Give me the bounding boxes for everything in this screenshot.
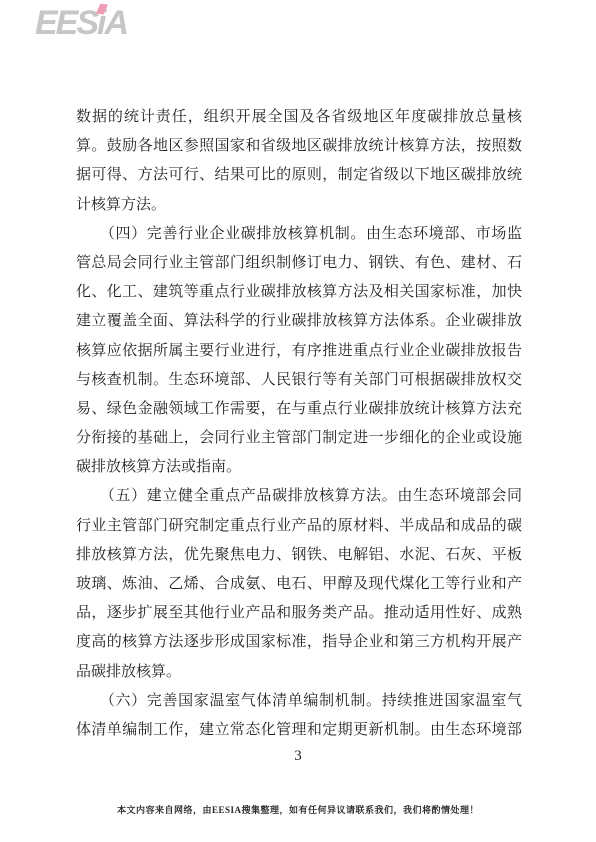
text-line: 体清单编制工作，建立常态化管理和定期更新机制。由生态环境部 <box>76 716 522 745</box>
footer-disclaimer: 本文内容来自网络，由EESIA搜集整理，如有任何异议请联系我们，我们将酌情处理！ <box>0 803 596 816</box>
text-line: 据可得、方法可行、结果可比的原则，制定省级以下地区碳排放统 <box>76 161 522 190</box>
document-page: EESiA 数据的统计责任，组织开展全国及各省级地区年度碳排放总量核算。鼓励各地… <box>0 0 596 842</box>
document-body: 数据的统计责任，组织开展全国及各省级地区年度碳排放总量核算。鼓励各地区参照国家和… <box>76 103 522 745</box>
text-line: 化、化工、建筑等重点行业碳排放核算方法及相关国家标准，加快 <box>76 278 522 307</box>
text-line: 与核查机制。生态环境部、人民银行等有关部门可根据碳排放权交 <box>76 366 522 395</box>
text-line: 行业主管部门研究制定重点行业产品的原材料、半成品和成品的碳 <box>76 512 522 541</box>
text-line: 管总局会同行业主管部门组织制修订电力、钢铁、有色、建材、石 <box>76 249 522 278</box>
text-line: 品，逐步扩展至其他行业产品和服务类产品。推动适用性好、成熟 <box>76 599 522 628</box>
text-line: 数据的统计责任，组织开展全国及各省级地区年度碳排放总量核 <box>76 103 522 132</box>
text-line: 建立覆盖全面、算法科学的行业碳排放核算方法体系。企业碳排放 <box>76 307 522 336</box>
eesia-logo-text: EESiA <box>35 4 127 42</box>
text-line: 计核算方法。 <box>76 191 522 220</box>
page-number: 3 <box>0 748 596 765</box>
text-line: 碳排放核算方法或指南。 <box>76 453 522 482</box>
text-line: 易、绿色金融领域工作需要，在与重点行业碳排放统计核算方法充 <box>76 395 522 424</box>
text-line: （六）完善国家温室气体清单编制机制。持续推进国家温室气 <box>76 687 522 716</box>
text-line: 玻璃、炼油、乙烯、合成氨、电石、甲醇及现代煤化工等行业和产 <box>76 570 522 599</box>
eesia-logo: EESiA <box>35 4 127 43</box>
text-line: 核算应依据所属主要行业进行，有序推进重点行业企业碳排放报告 <box>76 337 522 366</box>
text-line: 品碳排放核算。 <box>76 658 522 687</box>
text-line: （五）建立健全重点产品碳排放核算方法。由生态环境部会同 <box>76 482 522 511</box>
text-line: 分衔接的基础上，会同行业主管部门制定进一步细化的企业或设施 <box>76 424 522 453</box>
text-line: 排放核算方法，优先聚焦电力、钢铁、电解铝、水泥、石灰、平板 <box>76 541 522 570</box>
text-line: （四）完善行业企业碳排放核算机制。由生态环境部、市场监 <box>76 220 522 249</box>
text-line: 度高的核算方法逐步形成国家标准，指导企业和第三方机构开展产 <box>76 628 522 657</box>
text-line: 算。鼓励各地区参照国家和省级地区碳排放统计核算方法，按照数 <box>76 132 522 161</box>
